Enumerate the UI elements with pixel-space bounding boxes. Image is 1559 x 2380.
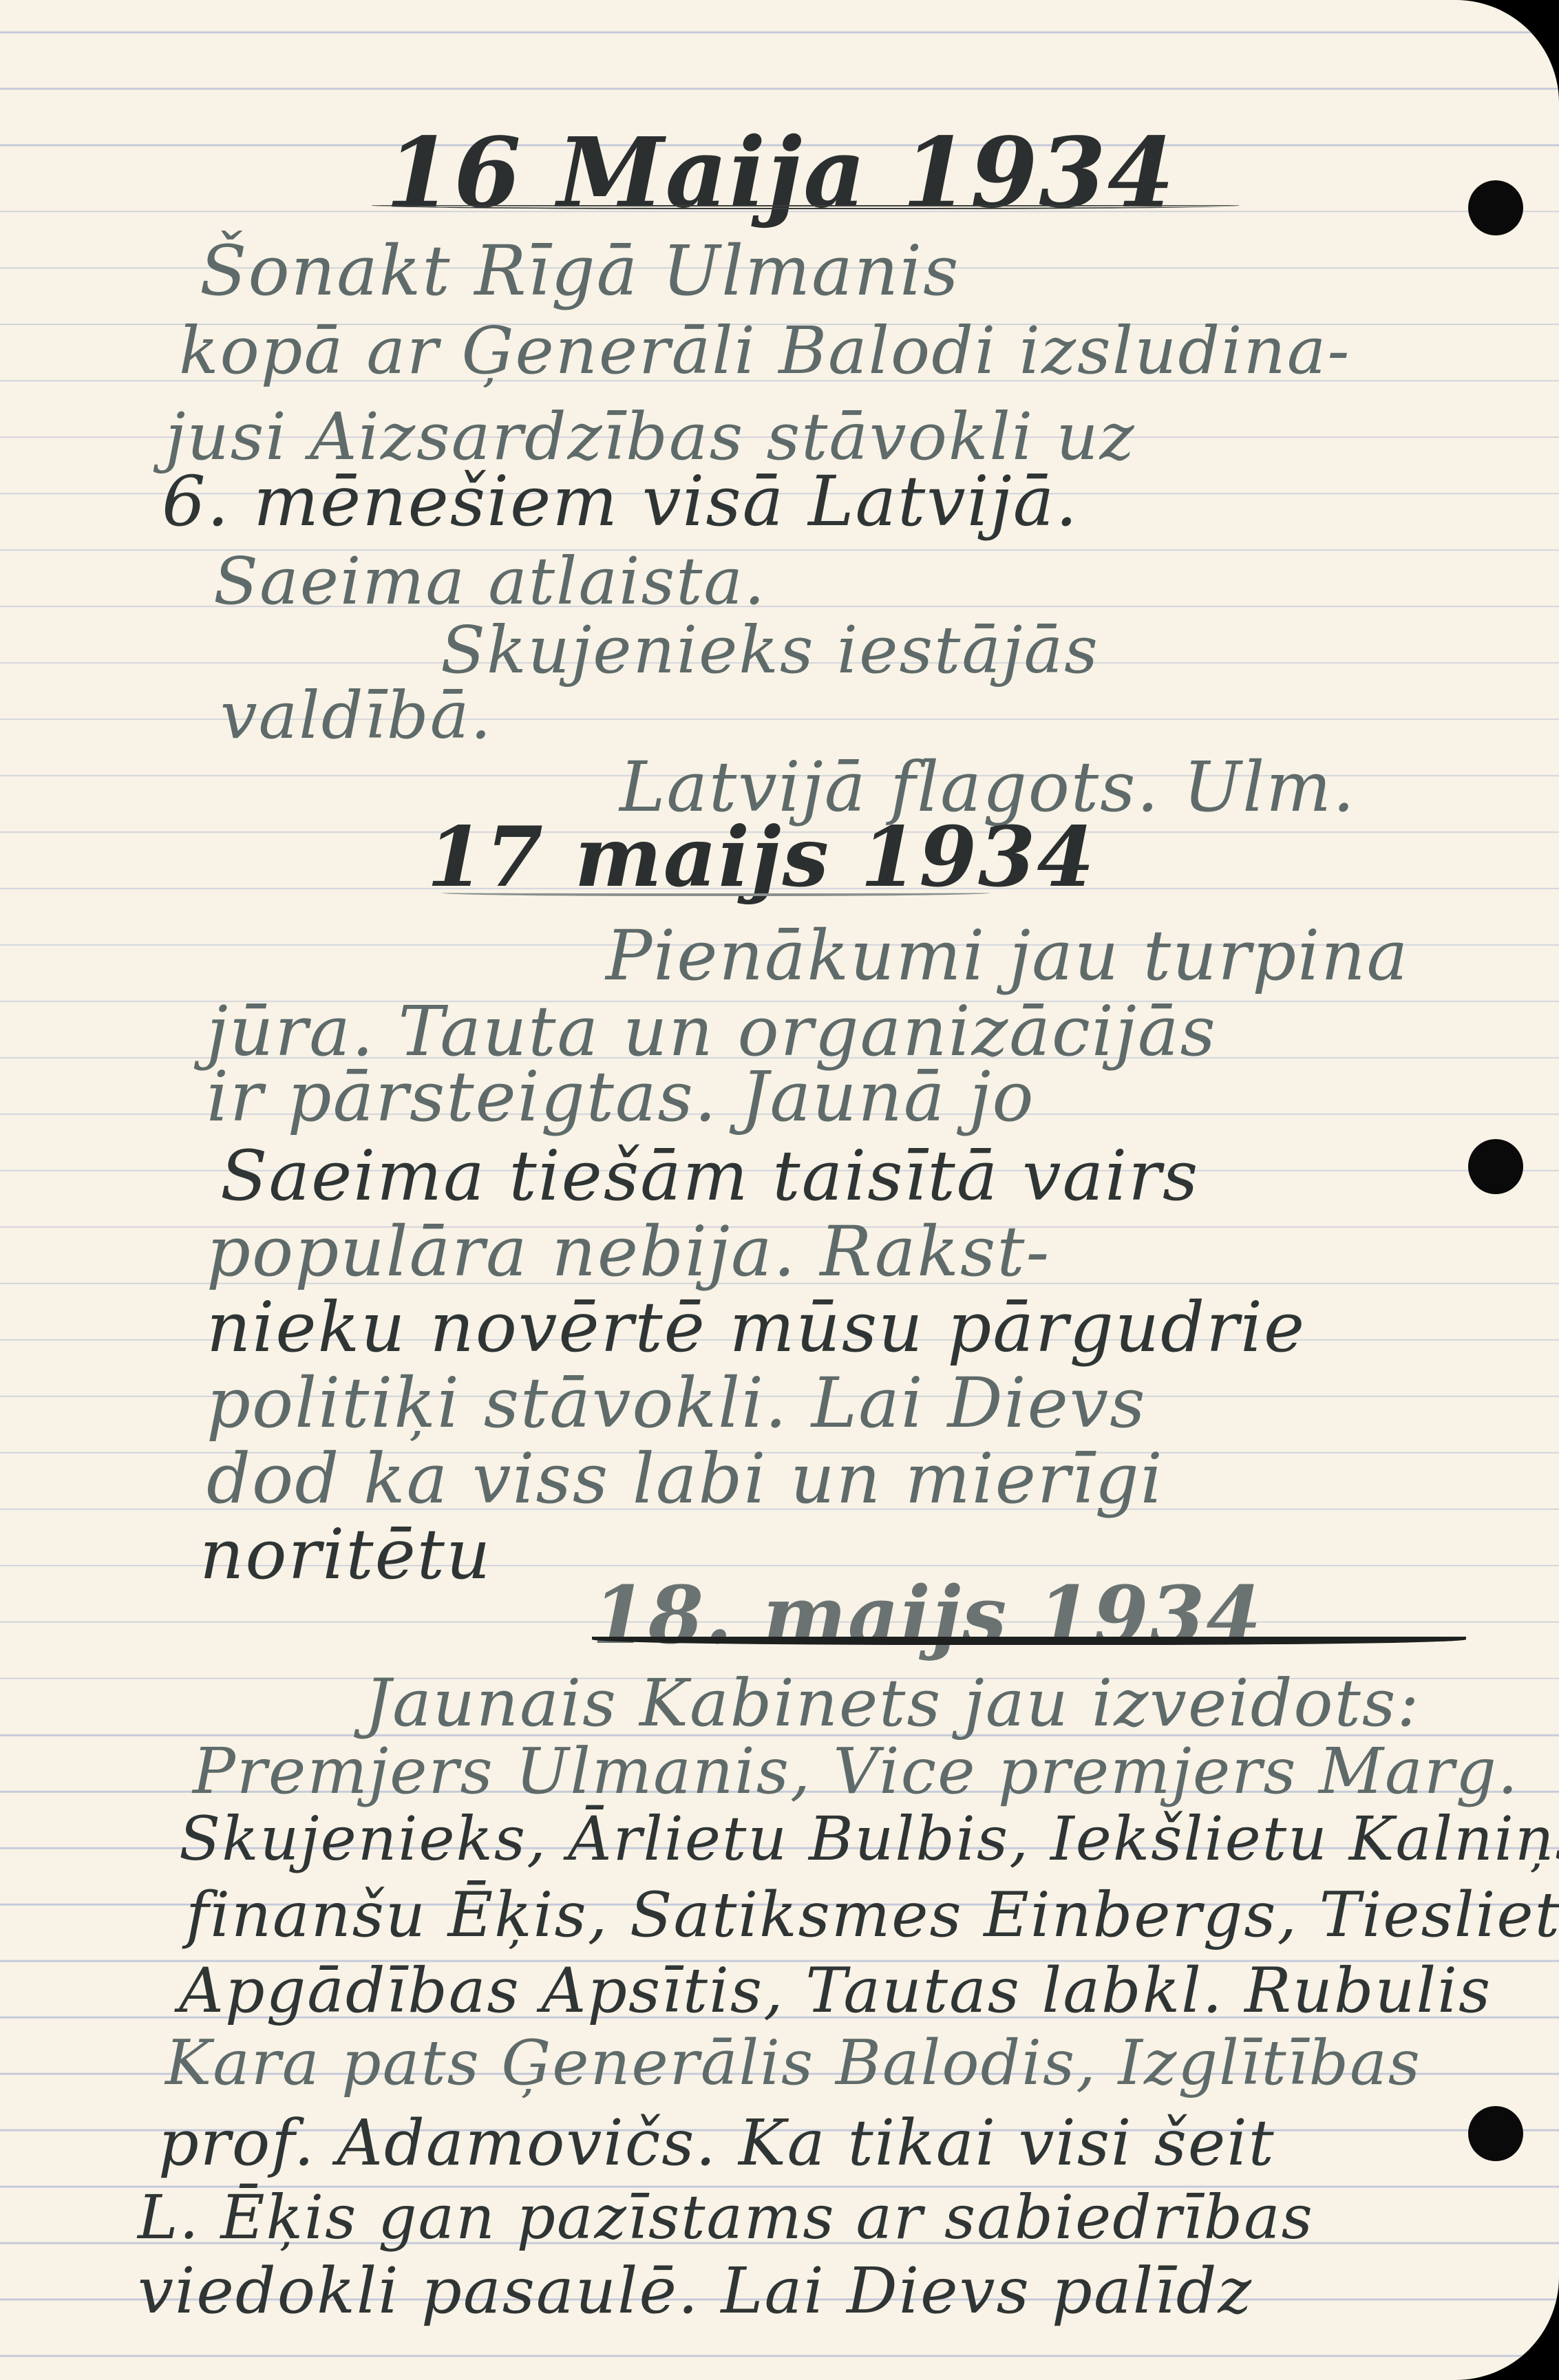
entry-2-line-6: nieku novērtē mūsu pārgudrie xyxy=(206,1287,1306,1368)
entry-2-line-5: populāra nebija. Rakst- xyxy=(206,1211,1050,1292)
entry-3-line-8: L. Ēķis gan pazīstams ar sabiedrības xyxy=(138,2182,1314,2253)
entry-3-line-4: finanšu Ēķis, Satiksmes Einbergs, Tiesli… xyxy=(186,1879,1559,1951)
entry-3-line-2: Premjers Ulmanis, Vice premjers Marg. xyxy=(193,1734,1519,1808)
entry-2-line-7: politiķi stāvokli. Lai Dievs xyxy=(206,1363,1147,1443)
entry-2-line-3: ir pārsteigtas. Jaunā jo xyxy=(206,1056,1035,1137)
entry-3-line-3: Skujenieks, Ārlietu Bulbis, Iekšlietu Ka… xyxy=(179,1803,1559,1874)
entry-1-line-5: Saeima atlaista. xyxy=(213,544,766,619)
entry-date-1: 16 Maija 1934 xyxy=(385,117,1176,230)
punch-hole-middle xyxy=(1468,1139,1523,1194)
date-underline-1 xyxy=(372,200,1239,209)
punch-hole-top xyxy=(1468,180,1523,235)
entry-3-line-6: Kara pats Ģenerālis Balodis, Izglītības xyxy=(165,2027,1421,2099)
entry-1-line-7: valdībā. xyxy=(220,678,493,754)
entry-3-line-1: Jaunais Kabinets jau izveidots: xyxy=(365,1666,1421,1741)
entry-1-line-6: Skujenieks iestājās xyxy=(441,613,1099,688)
entry-2-line-9: noritētu xyxy=(200,1514,491,1595)
entry-1-line-1: Šonakt Rīgā Ulmanis xyxy=(200,231,959,311)
entry-date-3: 18. maijs 1934 xyxy=(592,1569,1262,1662)
entry-3-line-7: prof. Adamovičs. Ka tikai visi šeit xyxy=(158,2106,1275,2180)
diary-page: 16 Maija 1934 Šonakt Rīgā Ulmanis kopā a… xyxy=(0,0,1559,2380)
entry-2-line-8: dod ka viss labi un mierīgi xyxy=(206,1438,1164,1519)
date-underline-2 xyxy=(441,888,991,896)
punch-hole-bottom xyxy=(1468,2106,1523,2161)
entry-3-line-9: viedokli pasaulē. Lai Dievs palīdz xyxy=(138,2254,1253,2328)
entry-2-line-4: Saeima tiešām taisītā vairs xyxy=(220,1136,1199,1216)
entry-1-line-4: 6. mēnešiem visā Latvijā. xyxy=(162,461,1079,542)
entry-3-line-5: Apgādības Apsītis, Tautas labkl. Rubulis xyxy=(179,1955,1492,2027)
entry-2-line-1: Pienākumi jau turpina xyxy=(606,915,1409,996)
date-underline-3 xyxy=(592,1631,1466,1645)
entry-1-line-2: kopā ar Ģenerāli Balodi izsludina- xyxy=(179,313,1350,389)
